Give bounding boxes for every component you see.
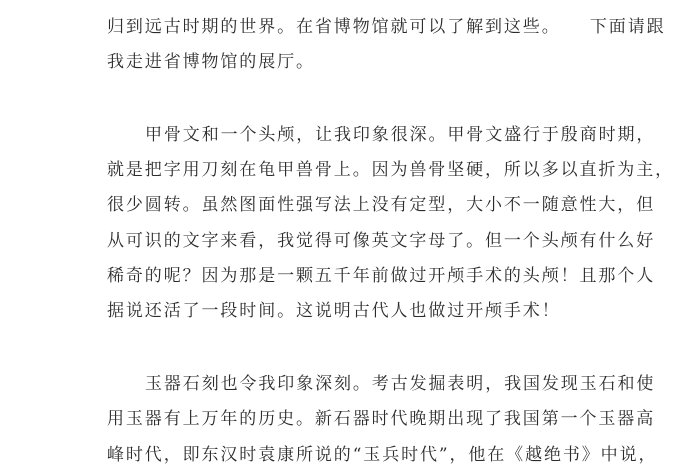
text-line: 峰时代，即东汉时袁康所说的“玉兵时代”，他在《越绝书》中说，	[107, 445, 657, 465]
text-line: 用玉器有上万年的历史。新石器时代晚期出现了我国第一个玉器高	[107, 409, 655, 429]
text-line: 我走进省博物馆的展厅。	[107, 52, 315, 72]
text-line: 就是把字用刀刻在龟甲兽骨上。因为兽骨坚硬，所以多以直折为主，	[107, 160, 674, 180]
text-line: 玉器石刻也令我印象深刻。考古发掘表明，我国发现玉石和使	[145, 374, 655, 394]
text-line: 很少圆转。虽然图面性强写法上没有定型，大小不一随意性大，但	[107, 195, 655, 215]
text-line: 从可识的文字来看，我觉得可像英文字母了。但一个头颅有什么好	[107, 231, 655, 251]
text-line: 归到远古时期的世界。在省博物馆就可以了解到这些。 下面请跟	[107, 17, 666, 37]
text-line: 据说还活了一段时间。这说明古代人也做过开颅手术！	[107, 301, 561, 321]
text-line: 稀奇的呢？因为那是一颗五千年前做过开颅手术的头颅！且那个人	[107, 266, 655, 286]
text-line: 甲骨文和一个头颅，让我印象很深。甲骨文盛行于殷商时期，	[145, 125, 655, 145]
